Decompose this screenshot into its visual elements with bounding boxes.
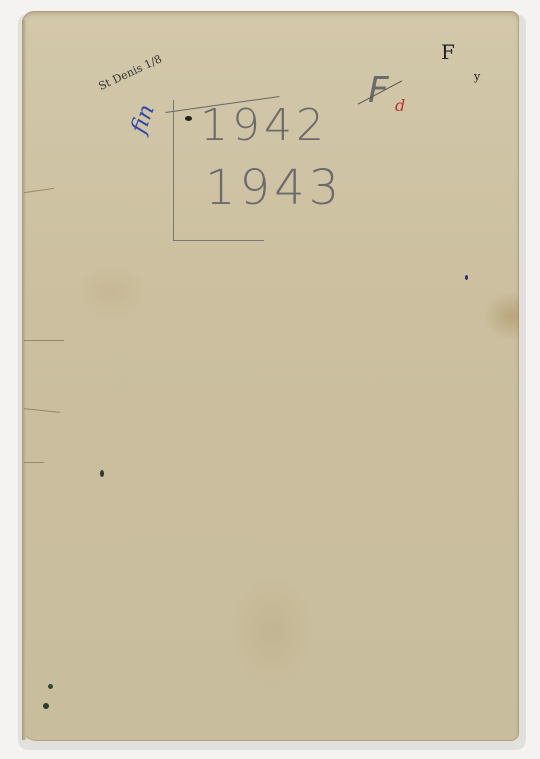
ink-spot — [48, 684, 53, 689]
pencil-bracket — [173, 100, 264, 241]
handwritten-red-mark: d — [395, 96, 405, 115]
spine-edge — [22, 20, 26, 740]
crease — [24, 462, 44, 463]
ink-spot — [465, 275, 468, 280]
ink-spot — [43, 703, 49, 709]
crease — [24, 340, 64, 341]
handwritten-small-mark: y — [474, 70, 480, 83]
ink-spot — [100, 470, 104, 477]
handwritten-letter-f: F — [441, 40, 455, 64]
ink-spot — [185, 116, 192, 121]
handwritten-crossed-mark: F — [368, 70, 389, 111]
